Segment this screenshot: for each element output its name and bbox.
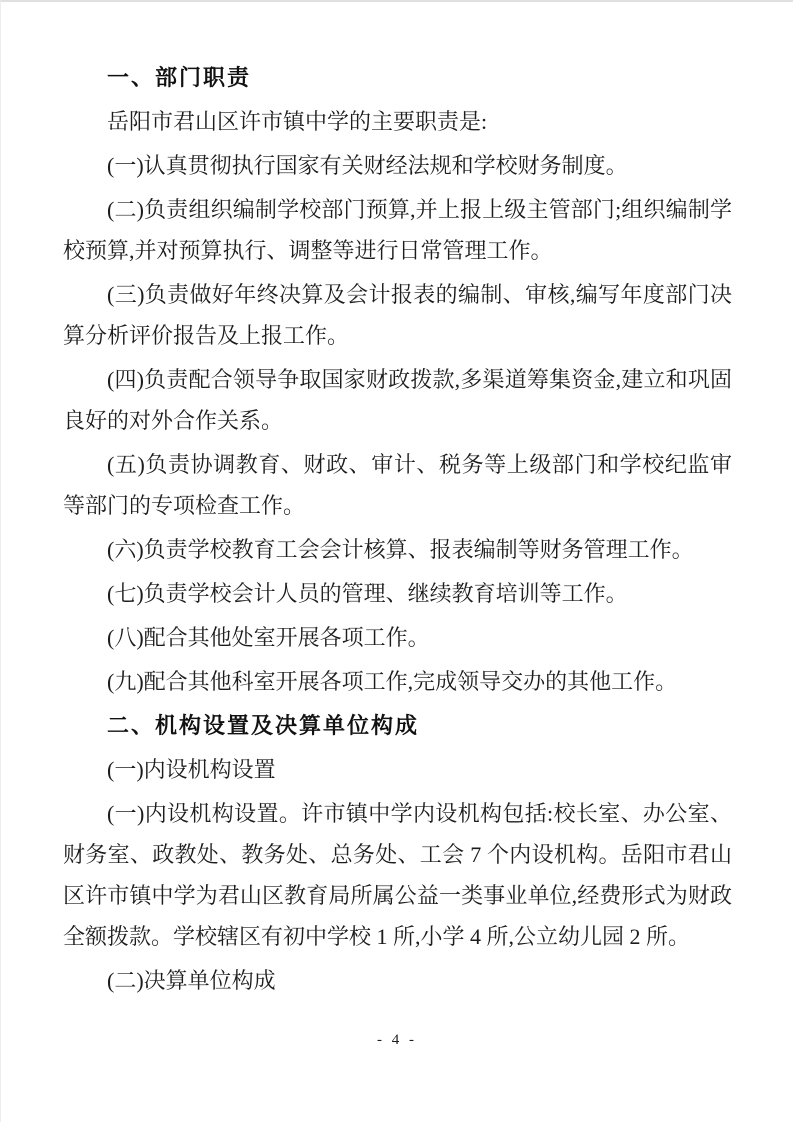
paragraph-duty-2: (二)负责组织编制学校部门预算,并上报上级主管部门;组织编制学校预算,并对预算执… — [63, 189, 732, 271]
paragraph-duty-7: (七)负责学校会计人员的管理、继续教育培训等工作。 — [63, 573, 732, 614]
paragraph-intro: 岳阳市君山区许市镇中学的主要职责是: — [63, 101, 732, 142]
paragraph-duty-1: (一)认真贯彻执行国家有关财经法规和学校财务制度。 — [63, 145, 732, 186]
paragraph-duty-3: (三)负责做好年终决算及会计报表的编制、审核,编写年度部门决算分析评价报告及上报… — [63, 274, 732, 356]
section-heading-department-duties: 一、部门职责 — [63, 57, 732, 98]
paragraph-final-accounts-units-title: (二)决算单位构成 — [63, 960, 732, 1001]
page-number: - 4 - — [1, 1032, 793, 1049]
paragraph-duty-6: (六)负责学校教育工会会计核算、报表编制等财务管理工作。 — [63, 529, 732, 570]
paragraph-duty-9: (九)配合其他科室开展各项工作,完成领导交办的其他工作。 — [63, 661, 732, 702]
paragraph-duty-8: (八)配合其他处室开展各项工作。 — [63, 617, 732, 658]
paragraph-duty-4: (四)负责配合领导争取国家财政拨款,多渠道筹集资金,建立和巩固良好的对外合作关系… — [63, 359, 732, 441]
section-heading-organization-structure: 二、机构设置及决算单位构成 — [63, 705, 732, 746]
document-body: 一、部门职责 岳阳市君山区许市镇中学的主要职责是: (一)认真贯彻执行国家有关财… — [63, 57, 732, 1001]
document-page: 一、部门职责 岳阳市君山区许市镇中学的主要职责是: (一)认真贯彻执行国家有关财… — [0, 0, 793, 1122]
paragraph-internal-org-title: (一)内设机构设置 — [63, 749, 732, 790]
paragraph-internal-org-detail: (一)内设机构设置。许市镇中学内设机构包括:校长室、办公室、财务室、政教处、教务… — [63, 793, 732, 957]
paragraph-duty-5: (五)负责协调教育、财政、审计、税务等上级部门和学校纪监审等部门的专项检查工作。 — [63, 444, 732, 526]
